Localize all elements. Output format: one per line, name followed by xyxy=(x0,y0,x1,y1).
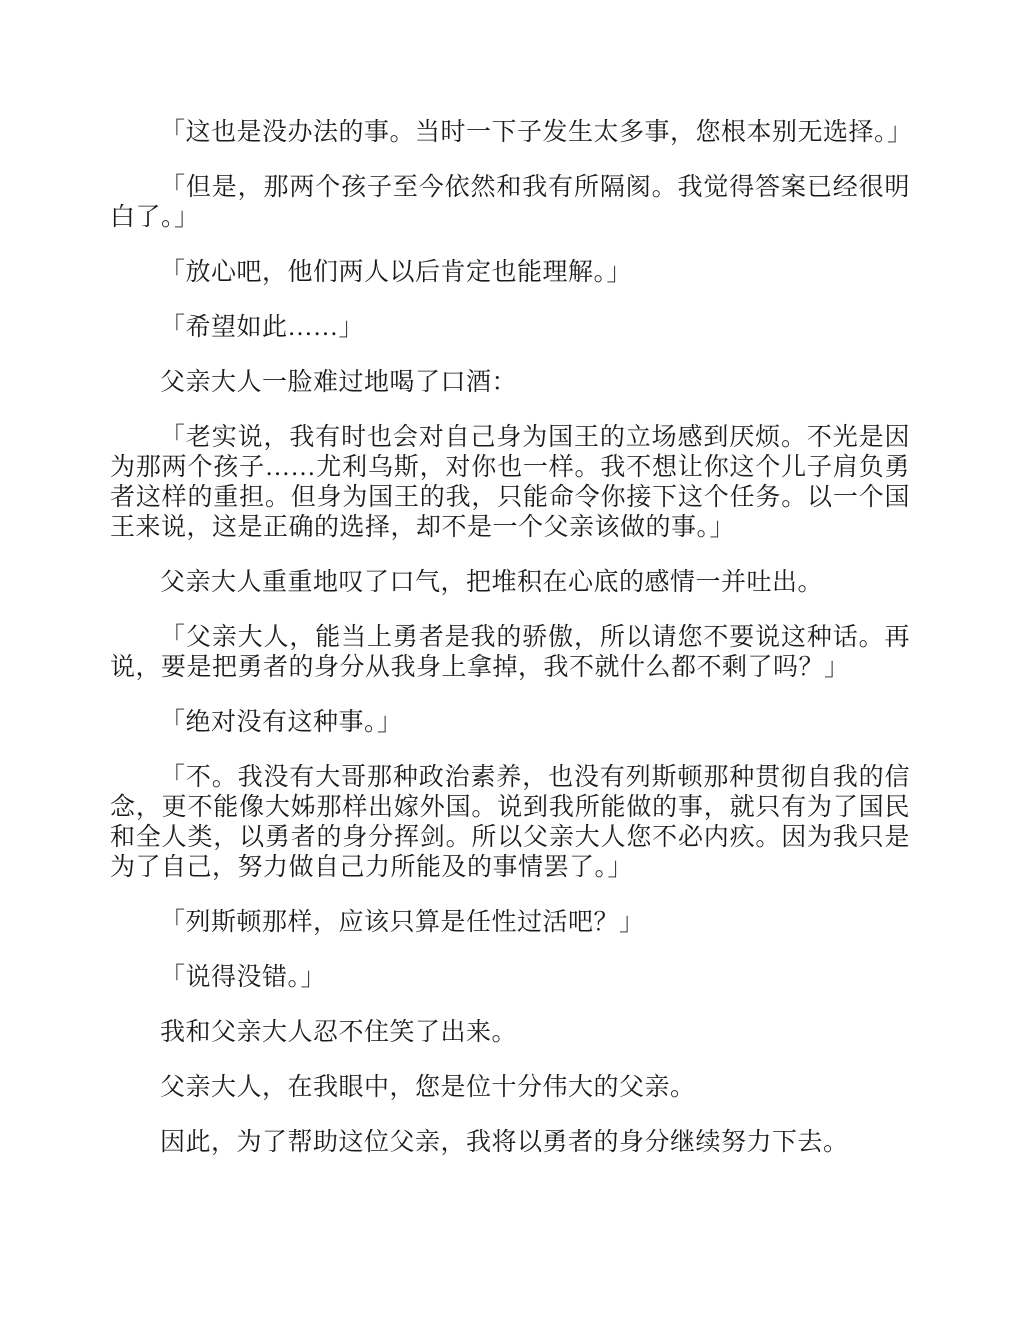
paragraph: 我和父亲大人忍不住笑了出来。 xyxy=(110,1018,910,1048)
paragraph: 「放心吧，他们两人以后肯定也能理解。」 xyxy=(110,258,910,288)
text-block: 「这也是没办法的事。当时一下子发生太多事，您根本别无选择。」 「但是，那两个孩子… xyxy=(110,118,910,1158)
paragraph: 「列斯顿那样，应该只算是任性过活吧？」 xyxy=(110,908,910,938)
paragraph: 「说得没错。」 xyxy=(110,963,910,993)
paragraph: 父亲大人一脸难过地喝了口酒： xyxy=(110,368,910,398)
paragraph: 因此，为了帮助这位父亲，我将以勇者的身分继续努力下去。 xyxy=(110,1128,910,1158)
paragraph: 「绝对没有这种事。」 xyxy=(110,708,910,738)
ebook-page: 「这也是没办法的事。当时一下子发生太多事，您根本别无选择。」 「但是，那两个孩子… xyxy=(0,0,1020,1320)
paragraph: 「不。我没有大哥那种政治素养，也没有列斯顿那种贯彻自我的信念，更不能像大姊那样出… xyxy=(110,763,910,883)
paragraph: 「老实说，我有时也会对自己身为国王的立场感到厌烦。不光是因为那两个孩子……尤利乌… xyxy=(110,423,910,543)
paragraph: 「但是，那两个孩子至今依然和我有所隔阂。我觉得答案已经很明白了。」 xyxy=(110,173,910,233)
paragraph: 父亲大人，在我眼中，您是位十分伟大的父亲。 xyxy=(110,1073,910,1103)
paragraph: 「父亲大人，能当上勇者是我的骄傲，所以请您不要说这种话。再说，要是把勇者的身分从… xyxy=(110,623,910,683)
paragraph: 「希望如此……」 xyxy=(110,313,910,343)
paragraph: 父亲大人重重地叹了口气，把堆积在心底的感情一并吐出。 xyxy=(110,568,910,598)
paragraph: 「这也是没办法的事。当时一下子发生太多事，您根本别无选择。」 xyxy=(110,118,910,148)
